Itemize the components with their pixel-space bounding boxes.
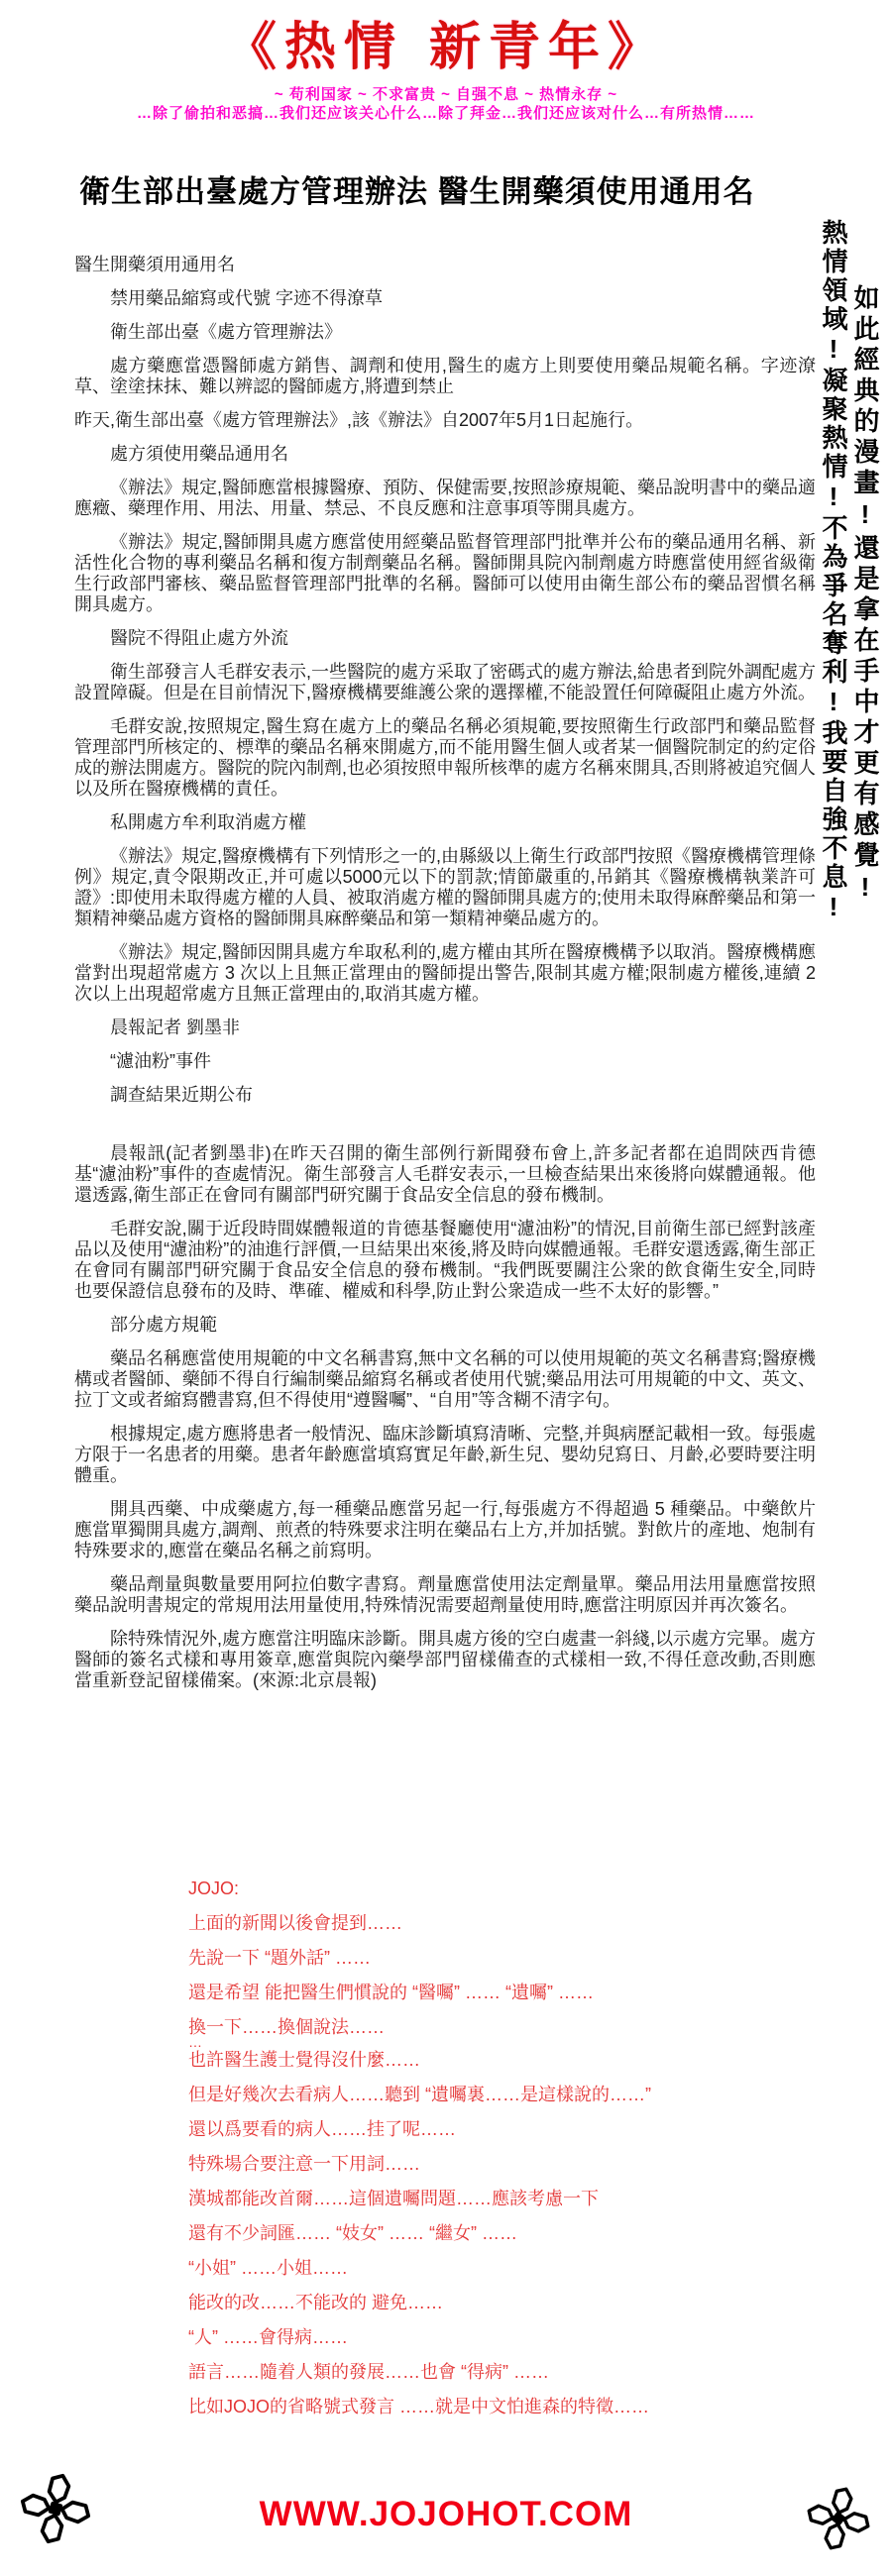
comment-line: 還以爲要看的病人……挂了呢…… [188,2119,803,2139]
article-body: 醫生開藥須用通用名 禁用藥品縮寫或代號 字迹不得潦草 衛生部出臺《處方管理辦法》… [74,255,816,1704]
article-paragraph: 醫院不得阻止處方外流 [74,628,816,649]
article-paragraph: 昨天,衛生部出臺《處方管理辦法》,該《辦法》自2007年5月1日起施行。 [74,410,816,431]
article-paragraph: 藥品名稱應當使用規範的中文名稱書寫,無中文名稱的可以使用規範的英文名稱書寫;醫療… [74,1348,816,1411]
article-paragraph: 部分處方規範 [74,1315,816,1336]
comment-line: 能改的改……不能改的 避免…… [188,2293,803,2312]
article-paragraph: “濾油粉”事件 [74,1051,816,1072]
vertical-slogan-outer: 如此經典的漫畫!還是拿在手中才更有感覺! [850,284,880,907]
article-paragraph: 根據規定,處方應將患者一般情況、臨床診斷填寫清晰、完整,并與病歷記載相一致。每張… [74,1424,816,1486]
article-paragraph: 晨報記者 劉墨非 [74,1018,816,1038]
article-paragraph: 毛群安說,按照規定,醫生寫在處方上的藥品名稱必須規範,要按照衛生行政部門和藥品監… [74,716,816,800]
article-paragraph: 處方須使用藥品通用名 [74,444,816,465]
comment-line: 也許醫生護士覺得沒什麼…… [188,2050,803,2070]
article-paragraph: 除特殊情況外,處方應當注明臨床診斷。開具處方後的空白處畫一斜綫,以示處方完畢。處… [74,1629,816,1691]
comment-line: 漢城都能改首爾……這個遺囑問題……應該考慮一下 [188,2189,803,2208]
article-paragraph: 衛生部出臺《處方管理辦法》 [74,322,816,343]
page: 《热情 新青年》 ~ 苟利国家 ~ 不求富贵 ~ 自强不息 ~ 热情永存 ~ …… [0,0,892,2576]
article-paragraph: 調查結果近期公布 [74,1085,816,1106]
comment-line: 換一下……換個說法…… [188,2017,803,2037]
article-paragraph: 處方藥應當憑醫師處方銷售、調劑和使用,醫生的處方上則要使用藥品規範名稱。字迹潦草… [74,356,816,397]
comment-line: 語言……隨着人類的發展……也會 “得病” …… [188,2362,803,2382]
comment-line: 還有不少詞匯…… “妓女” …… “繼女” …… [188,2223,803,2243]
article-paragraph: 《辦法》規定,醫師應當根據醫療、預防、保健需要,按照診療規範、藥品說明書中的藥品… [74,478,816,519]
motto-line-2: …除了偷拍和恶搞…我们还应该关心什么…除了拜金…我们还应该对什么…有所热情…… [0,104,892,123]
article-paragraph: 私開處方牟利取消處方權 [74,812,816,833]
comment-line: … [188,2035,803,2050]
vertical-slogan-inner: 熱情領域!凝聚熱情!不為爭名奪利!我要自強不息! [819,219,848,924]
comment-line: “人” ……會得病…… [188,2327,803,2347]
comment-line: 但是好幾次去看病人……聽到 “遺囑裏……是這樣說的……” [188,2085,803,2104]
article-paragraph: 毛群安說,關于近段時間媒體報道的肯德基餐廳使用“濾油粉”的情況,目前衛生部已經對… [74,1219,816,1302]
article-paragraph: 《辦法》規定,醫療機構有下列情形之一的,由縣級以上衛生行政部門按照《醫療機構管理… [74,846,816,929]
article-paragraph: 禁用藥品縮寫或代號 字迹不得潦草 [74,288,816,309]
site-url-link[interactable]: WWW.JOJOHOT.COM [0,2493,892,2536]
article-paragraph: 晨報訊(記者劉墨非)在昨天召開的衛生部例行新聞發布會上,許多記者都在追問陝西肯德… [74,1143,816,1206]
article-paragraph: 醫生開藥須用通用名 [74,255,816,275]
article-paragraph: 《辦法》規定,醫師開具處方應當使用經藥品監督管理部門批準并公布的藥品通用名稱、新… [74,532,816,615]
jojo-comment-block: JOJO: 上面的新聞以後會提到…… 先說一下 “題外話” …… 還是希望 能把… [188,1878,803,2431]
motto-line-1: ~ 苟利国家 ~ 不求富贵 ~ 自强不息 ~ 热情永存 ~ [0,85,892,104]
comment-line: 特殊場合要注意一下用詞…… [188,2154,803,2174]
article-paragraph: 衛生部發言人毛群安表示,一些醫院的處方采取了密碼式的處方辦法,給患者到院外調配處… [74,662,816,703]
comment-line: “小姐” ……小姐…… [188,2258,803,2278]
article-paragraph: 《辦法》規定,醫師因開具處方牟取私利的,處方權由其所在醫療機構予以取消。醫療機構… [74,942,816,1005]
article-paragraph: 藥品劑量與數量要用阿拉伯數字書寫。劑量應當使用法定劑量單。藥品用法用量應當按照藥… [74,1574,816,1616]
comment-line: JOJO: [188,1878,803,1898]
comment-line: 比如JOJO的省略號式發言 ……就是中文怕進森的特徵…… [188,2397,803,2416]
page-title: 《热情 新青年》 [0,14,892,81]
header: 《热情 新青年》 ~ 苟利国家 ~ 不求富贵 ~ 自强不息 ~ 热情永存 ~ …… [0,0,892,123]
article-headline: 衛生部出臺處方管理辦法 醫生開藥須使用通用名 [79,174,842,210]
comment-line: 還是希望 能把醫生們慣說的 “醫囑” …… “遺囑” …… [188,1983,803,2002]
comment-line: 先說一下 “題外話” …… [188,1948,803,1968]
comment-line: 上面的新聞以後會提到…… [188,1913,803,1933]
article-paragraph: 開具西藥、中成藥處方,每一種藥品應當另起一行,每張處方不得超過 5 種藥品。中藥… [74,1499,816,1561]
